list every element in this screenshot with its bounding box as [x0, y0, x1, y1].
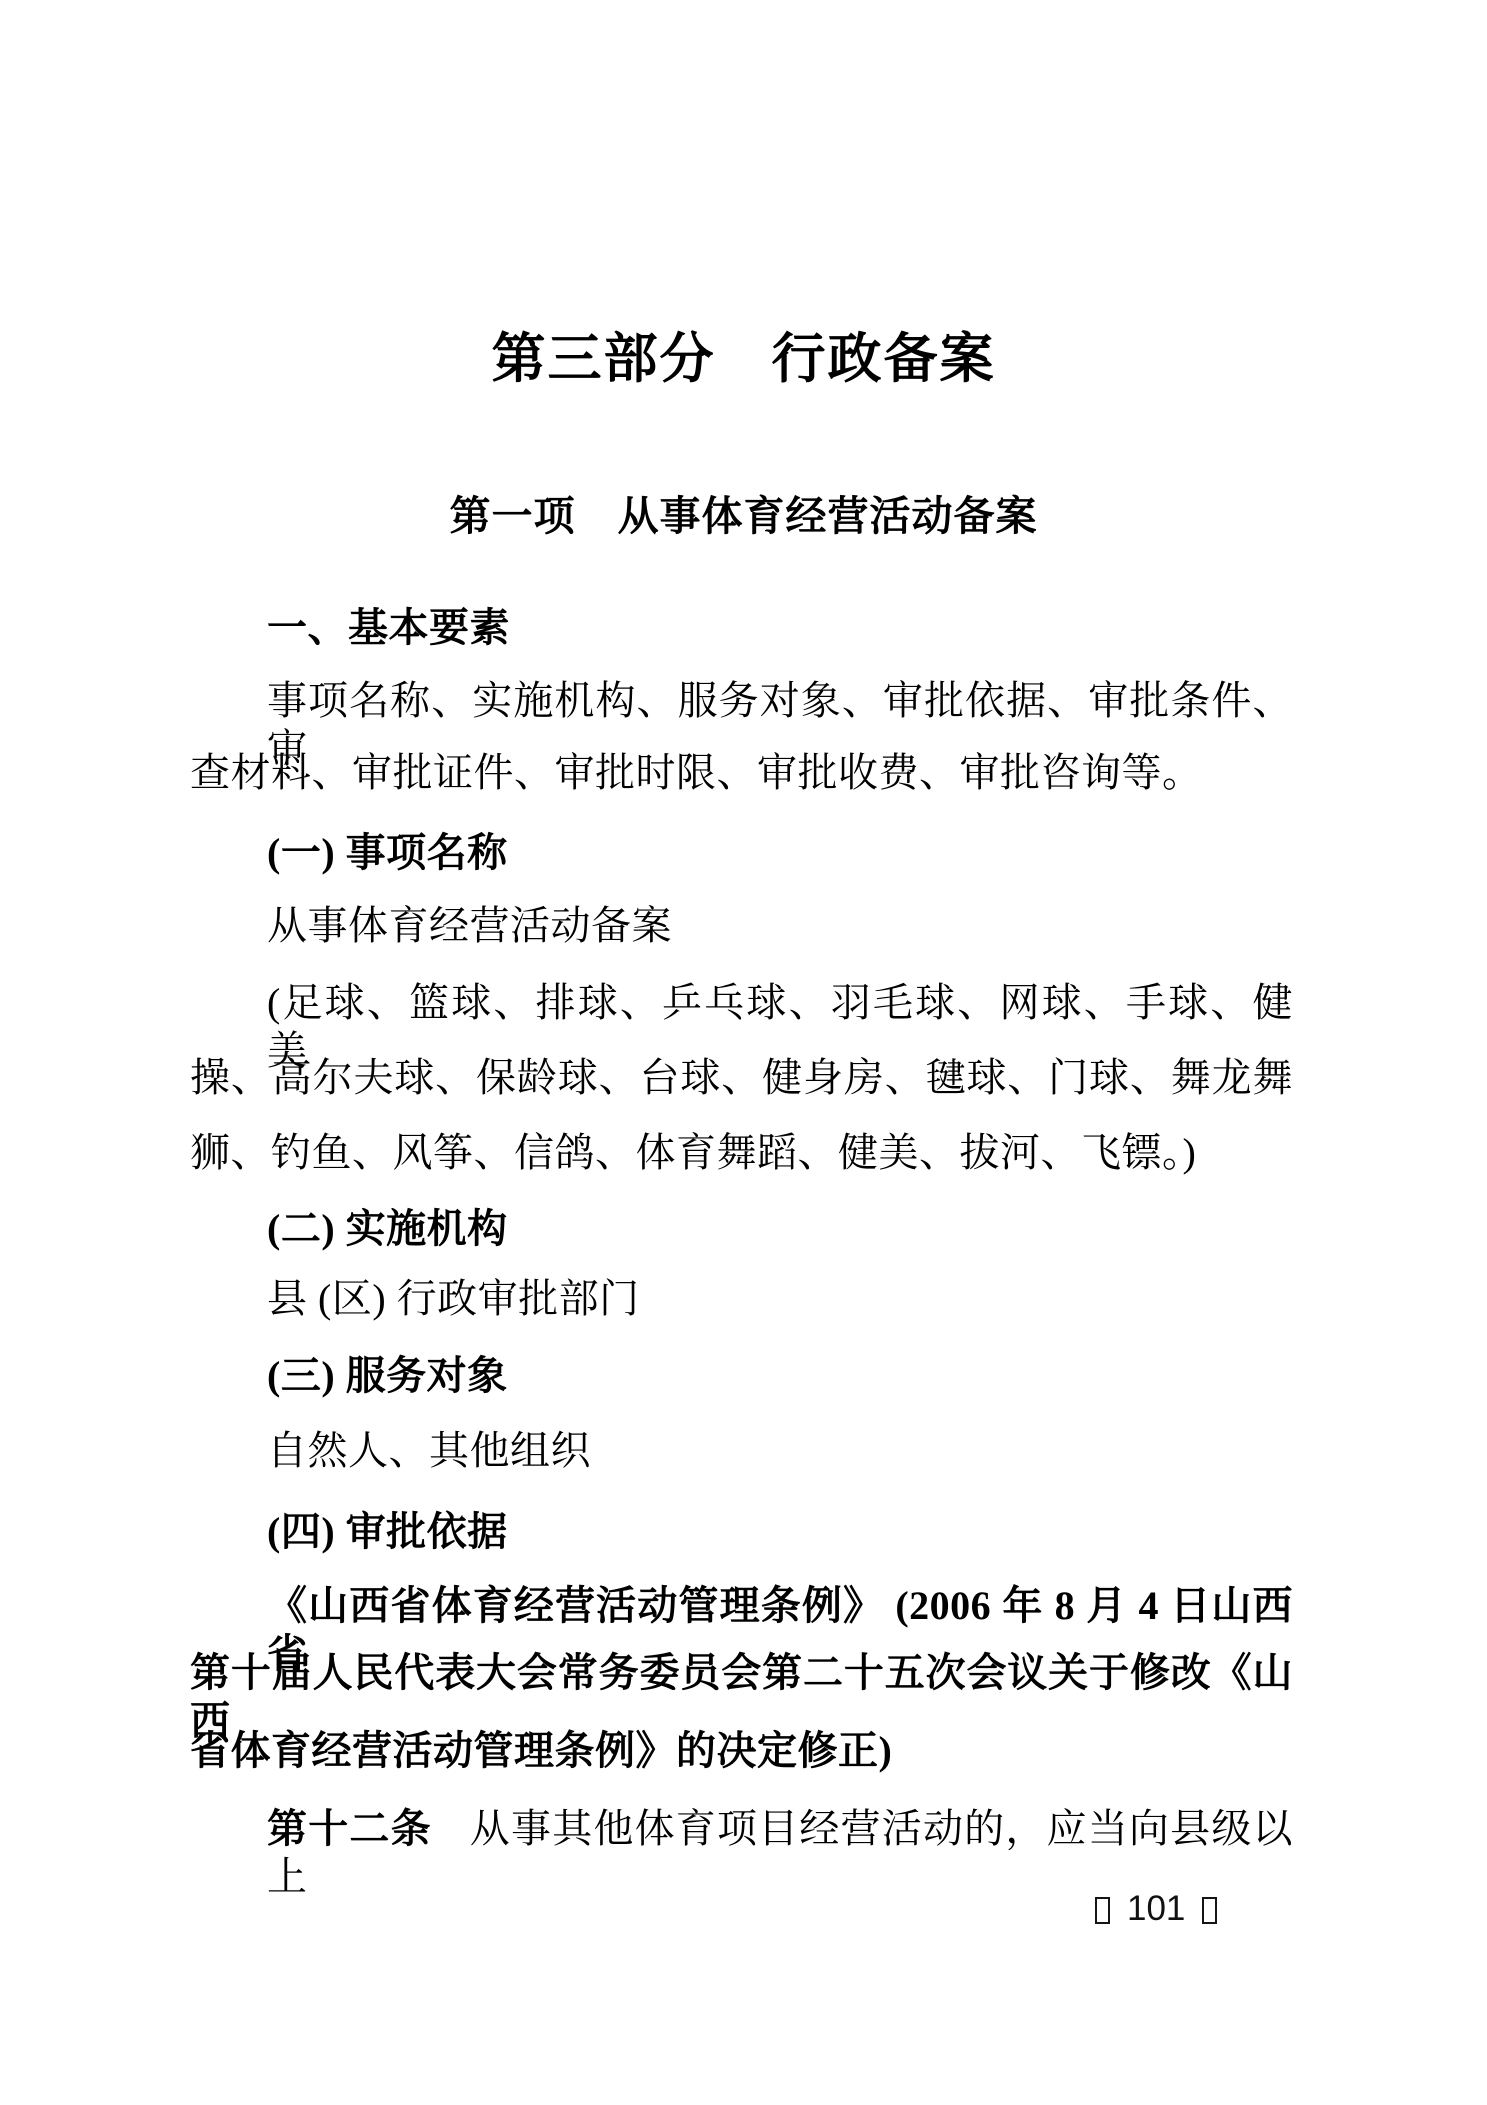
item3-heading: (三) 服务对象 [190, 1352, 1293, 1400]
item2-text: 县 (区) 行政审批部门 [190, 1275, 1293, 1323]
tofu-box-icon [1095, 1897, 1110, 1924]
page-footer: 101 [1095, 1891, 1217, 1927]
page-number: 101 [1127, 1891, 1185, 1927]
item3-text: 自然人、其他组织 [190, 1427, 1293, 1475]
sports-list-line-2: 操、高尔夫球、保龄球、台球、健身房、毽球、门球、舞龙舞 [190, 1054, 1293, 1102]
item4-heading: (四) 审批依据 [190, 1508, 1293, 1556]
basics-paragraph-line-2: 查材料、审批证件、审批时限、审批收费、审批咨询等。 [190, 749, 1293, 797]
document-title: 第三部分 行政备案 [0, 327, 1487, 391]
section-heading: 第一项 从事体育经营活动备案 [0, 491, 1487, 541]
sports-list-line-3: 狮、钓鱼、风筝、信鸽、体育舞蹈、健美、拔河、飞镖。) [190, 1129, 1293, 1177]
law-citation-line-3: 省体育经营活动管理条例》的决定修正) [190, 1727, 1293, 1775]
tofu-box-icon [1202, 1897, 1217, 1924]
item1-heading: (一) 事项名称 [190, 829, 1293, 877]
basics-heading: 一、基本要素 [267, 604, 1293, 652]
item2-heading: (二) 实施机构 [190, 1205, 1293, 1253]
item1-text: 从事体育经营活动备案 [190, 902, 1293, 950]
article12-line: 第十二条从事其他体育项目经营活动的，应当向县级以上 [190, 1805, 1293, 1901]
document-page: 第三部分 行政备案 第一项 从事体育经营活动备案 一、基本要素 事项名称、实施机… [0, 0, 1487, 2105]
article12-label: 第十二条 [267, 1806, 470, 1851]
